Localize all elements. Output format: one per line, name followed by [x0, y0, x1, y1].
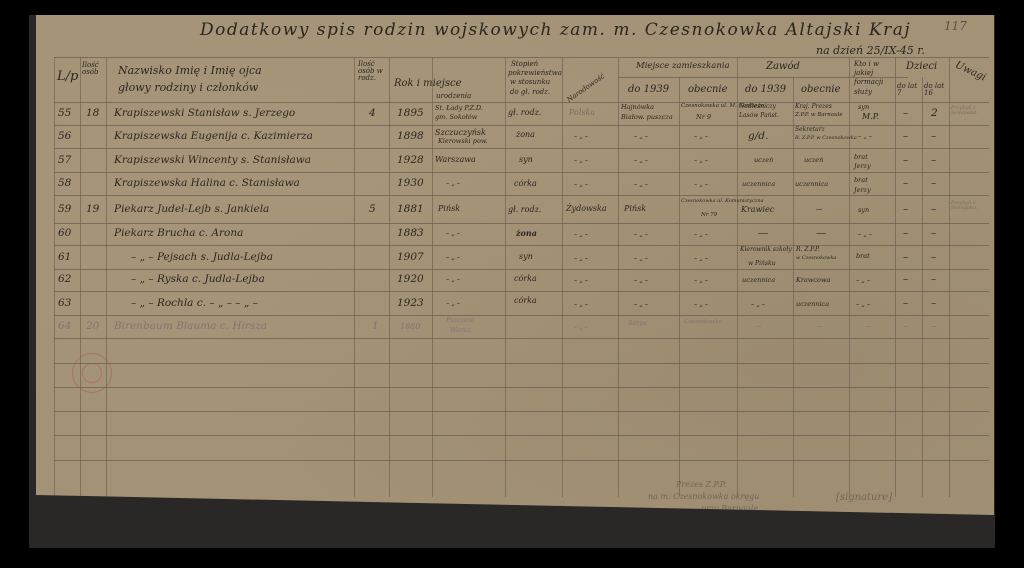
cell-name: Krapiszewski Wincenty s. Stanisława — [114, 155, 311, 166]
cell-stopien: syn — [519, 253, 533, 261]
cell-w-rodz: 5 — [369, 204, 376, 215]
cell-osob: 19 — [86, 204, 99, 215]
header-obecnie-a: obecnie — [688, 85, 728, 95]
header-lp: L/p — [57, 70, 78, 83]
cell-lp: 57 — [58, 155, 71, 166]
cell-zawod-obecnie: Krawcowa — [796, 277, 830, 284]
cell-armia: brat — [854, 177, 868, 184]
cell-zawod-obecnie: Kraj. Prezes — [795, 104, 832, 110]
cell-zawod-obecnie: uczennica — [796, 301, 829, 308]
cell-do-lat-16: – — [931, 321, 936, 332]
cell-stopien: gł. rodz. — [508, 206, 541, 214]
cell-do-lat-7: – — [903, 178, 908, 189]
cell-miejsce-2: Warsz. — [450, 327, 472, 334]
cell-rok: 1898 — [397, 131, 424, 142]
cell-lp: 62 — [58, 274, 71, 285]
cell-obecnie: – „ – — [694, 133, 708, 140]
cell-miejsce: – „ – — [446, 254, 460, 261]
cell-stopien: gł. rodz. — [508, 109, 541, 117]
header-zawod: Zawód — [766, 62, 800, 72]
cell-miejsce: – „ – — [446, 230, 460, 237]
cell-do-lat-16: – — [931, 155, 936, 166]
cell-narodowosc: – „ – — [574, 324, 588, 331]
header-kto-2: jakiej — [854, 70, 873, 77]
cell-rok: 1883 — [397, 228, 424, 239]
cell-zawod-1939: uczeń — [754, 157, 773, 164]
cell-narodowosc: – „ – — [574, 255, 588, 262]
cell-armia: brat — [854, 154, 868, 161]
cell-miejsce: – „ – — [446, 300, 460, 307]
cell-name: Piekarz Judel-Lejb s. Jankiela — [114, 204, 269, 215]
cell-name: Birenbaum Blauma c. Hirsza — [114, 321, 267, 332]
cell-do-lat-16: – — [931, 252, 936, 263]
cell-narodowosc: – „ – — [574, 133, 588, 140]
cell-rok: 1881 — [397, 204, 424, 215]
cell-zawod-obecnie: — — [816, 228, 827, 239]
cell-lp: 59 — [58, 204, 71, 215]
cell-lp: 63 — [58, 298, 71, 309]
cell-zawod-1939-2: Lasów Państ. — [739, 113, 779, 119]
cell-do-lat-7: – — [903, 131, 908, 142]
header-uwagi: Uwagi — [953, 61, 987, 84]
cell-name: – „ – Rochla c. – „ – – „ – — [131, 298, 258, 309]
header-rok: Rok i miejsce — [394, 79, 462, 89]
cell-uwagi: Przybyli z Semipałat. — [951, 106, 987, 116]
cell-obecnie: – „ – — [694, 301, 708, 308]
cell-zawod-1939: – „ – — [751, 301, 765, 308]
signature-line-2: na m. Czesnokowka okręgu — [648, 492, 759, 501]
document-date: na dzień 25/IX-45 r. — [816, 45, 925, 56]
cell-name: – „ – Pejsach s. Judla-Lejba — [131, 252, 273, 263]
cell-lp: 56 — [58, 131, 71, 142]
header-stopien-4: do gł. rodz. — [510, 89, 550, 96]
cell-obecnie: Czesnokowka — [684, 320, 722, 326]
cell-obecnie-2: Nr 9 — [696, 114, 711, 121]
grid-line — [432, 57, 433, 497]
cell-armia-2: Jerzy — [854, 187, 871, 194]
grid-line — [354, 57, 355, 497]
cell-obecnie: – „ – — [694, 277, 708, 284]
cell-zawod-obecnie: uczennica — [795, 181, 828, 188]
cell-name: Krapiszewski Stanisław s. Jerzego — [114, 108, 295, 119]
cell-rok: 1923 — [397, 298, 424, 309]
cell-rok: 1895 — [397, 108, 424, 119]
cell-obecnie: – „ – — [694, 255, 708, 262]
cell-zawod-obecnie: R. Z.P.P. — [796, 247, 820, 253]
cell-narodowosc: – „ – — [574, 181, 588, 188]
cell-do-lat-7: – — [903, 155, 908, 166]
cell-obecnie-2: Nr 79 — [701, 213, 717, 219]
cell-do-lat-16: – — [931, 298, 936, 309]
cell-do-lat-7: – — [903, 298, 908, 309]
cell-armia: syn — [858, 104, 869, 111]
cell-w-rodz: 4 — [369, 108, 376, 119]
cell-zawod-1939: Nadleśniczy — [739, 104, 776, 110]
cell-osob: 18 — [86, 108, 99, 119]
cell-rok: 1880 — [400, 323, 420, 331]
header-do-lat-7: do lat 7 — [897, 83, 921, 97]
cell-stopien: żona — [516, 229, 537, 237]
cell-narodowosc: Żydowska — [566, 205, 607, 213]
header-dzieci: Dzieci — [906, 62, 937, 72]
cell-miejsce: St. Łady P.Z.D. — [435, 105, 483, 112]
cell-lp: 55 — [58, 108, 71, 119]
cell-lp: 61 — [58, 252, 71, 263]
document-page: Dodatkowy spis rodzin wojskowych zam. m.… — [36, 15, 994, 515]
cell-zawod-1939: g/d. — [748, 131, 768, 142]
cell-armia: – „ – — [856, 301, 870, 308]
grid-line — [562, 57, 563, 497]
cell-do1939: Hajnówka — [621, 104, 654, 111]
cell-do-lat-7: – — [903, 228, 908, 239]
cell-do1939: – „ – — [634, 133, 648, 140]
cell-armia-2: Jerzy — [854, 163, 871, 170]
cell-armia: – „ – — [858, 133, 872, 140]
cell-do1939: Serpc — [628, 320, 647, 327]
grid-line — [505, 57, 506, 497]
cell-zawod-1939: uczennica — [742, 181, 775, 188]
cell-do-lat-7: – — [903, 252, 908, 263]
cell-miejsce-2: gm. Sokołów — [435, 114, 477, 121]
cell-do1939: Pińsk — [624, 205, 646, 213]
header-urodzenia: urodzenia — [436, 93, 471, 100]
cell-do-lat-16: 2 — [931, 108, 938, 119]
cell-do-lat-16: – — [931, 228, 936, 239]
round-stamp-icon — [72, 353, 112, 393]
grid-line — [389, 57, 390, 497]
cell-do-lat-7: – — [903, 321, 908, 332]
cell-rok: 1930 — [397, 178, 424, 189]
cell-miejsce: – „ – — [446, 180, 460, 187]
grid-line — [80, 57, 81, 497]
cell-narodowosc: – „ – — [574, 231, 588, 238]
cell-name: Krapiszewska Eugenija c. Kazimierza — [114, 131, 313, 142]
cell-zawod-obecnie: uczeń — [804, 157, 823, 164]
cell-armia: — — [866, 323, 873, 330]
grid-line — [737, 57, 738, 497]
cell-zawod-1939-2: w Pińsku — [748, 261, 775, 267]
page-number: 117 — [944, 20, 967, 32]
header-stopien-3: w stosunku — [510, 79, 550, 86]
grid-line — [949, 57, 950, 497]
cell-uwagi: Przybyli z Semipałat. — [951, 201, 987, 211]
cell-lp: 60 — [58, 228, 71, 239]
cell-lp: 58 — [58, 178, 71, 189]
signature-mark: [signature] — [836, 492, 892, 503]
cell-name: – „ – Ryska c. Judla-Lejba — [131, 274, 265, 285]
cell-zawod-obecnie-2: Z.P.P. w Barnaule — [795, 113, 843, 119]
cell-zawod-obecnie-2: R. Z.P.P. w Czesnokowka — [795, 136, 857, 141]
cell-zawod-1939: — — [756, 323, 763, 330]
header-ilosc-osob: Ilość osób — [82, 62, 104, 76]
header-do-1939-b: do 1939 — [745, 85, 786, 95]
cell-name: Piekarz Brucha c. Arona — [114, 228, 243, 239]
cell-obecnie: – „ – — [694, 231, 708, 238]
cell-stopien: syn — [519, 156, 533, 164]
header-do-lat-16: do lat 16 — [924, 83, 948, 97]
cell-do1939: – „ – — [634, 231, 648, 238]
cell-osob: 20 — [86, 321, 99, 332]
header-kto-4: służy — [854, 89, 872, 96]
cell-miejsce: Pińsk — [438, 205, 460, 213]
cell-do-lat-7: – — [903, 274, 908, 285]
cell-do-lat-16: – — [931, 204, 936, 215]
cell-do-lat-16: – — [931, 178, 936, 189]
header-nazwisko-1: Nazwisko Imię i Imię ojca — [118, 65, 262, 76]
header-stopien-1: Stopień — [511, 61, 538, 68]
cell-w-rodz: 1 — [372, 321, 379, 332]
cell-zawod-1939: uczennica — [742, 277, 775, 284]
cell-armia: brat — [856, 253, 870, 260]
cell-stopien: żona — [516, 131, 535, 139]
cell-stopien: córka — [514, 297, 537, 305]
cell-zawod-1939: — — [758, 228, 769, 239]
cell-do1939-2: Białow. puszcza — [621, 114, 673, 121]
header-obecnie-b: obecnie — [801, 85, 841, 95]
cell-stopien: córka — [514, 275, 537, 283]
grid-line — [849, 57, 850, 497]
grid-line — [793, 77, 794, 497]
cell-do-lat-7: – — [903, 108, 908, 119]
cell-miejsce: – „ – — [446, 276, 460, 283]
grid-line — [54, 57, 55, 497]
header-kto-1: Kto i w — [854, 61, 879, 68]
cell-armia: – „ – — [858, 231, 872, 238]
cell-narodowosc: Polska — [569, 109, 595, 117]
grid-line — [679, 77, 680, 497]
cell-narodowosc: – „ – — [574, 157, 588, 164]
cell-do1939: – „ – — [634, 255, 648, 262]
cell-do-lat-7: – — [903, 204, 908, 215]
cell-armia-2: M.P. — [862, 113, 879, 121]
grid-line — [922, 77, 923, 497]
cell-name: Krapiszewska Halina c. Stanisława — [114, 178, 300, 189]
grid-line — [618, 57, 619, 497]
cell-zawod-1939: Krawiec — [741, 206, 774, 214]
signature-line-1: Prezes Z.P.P. — [676, 480, 726, 489]
cell-zawod-obecnie: Sekretarz — [795, 127, 825, 133]
cell-narodowosc: – „ – — [574, 301, 588, 308]
cell-rok: 1920 — [397, 274, 424, 285]
cell-do-lat-16: – — [931, 274, 936, 285]
cell-narodowosc: – „ – — [574, 277, 588, 284]
grid-line — [106, 57, 107, 497]
document-title: Dodatkowy spis rodzin wojskowych zam. m.… — [200, 22, 911, 39]
cell-do1939: – „ – — [634, 277, 648, 284]
header-do-1939-a: do 1939 — [628, 85, 669, 95]
cell-miejsce: Szczuczyńsk — [435, 129, 486, 137]
cell-do1939: – „ – — [634, 181, 648, 188]
header-narodowosc: Narodowość — [566, 73, 606, 104]
cell-armia: syn — [858, 207, 869, 214]
cell-zawod-obecnie: — — [816, 323, 823, 330]
cell-zawod-obecnie-2: w Czesnokowka — [796, 256, 836, 261]
header-miejsce-zamieszkania: Miejsce zamieszkania — [636, 62, 730, 71]
cell-rok: 1907 — [397, 252, 424, 263]
cell-obecnie: Czesnokowka ul. Komunistyczna — [681, 199, 764, 204]
header-kto-3: formacji — [854, 79, 883, 86]
header-osob-w-rodz: Ilość osób w rodz. — [358, 61, 388, 82]
cell-obecnie: – „ – — [694, 181, 708, 188]
cell-stopien: córka — [514, 180, 537, 188]
cell-armia: – „ – — [856, 277, 870, 284]
cell-miejsce: Pszczew — [446, 317, 473, 324]
cell-do1939: – „ – — [634, 157, 648, 164]
header-stopien-2: pokrewieństwa — [508, 70, 562, 77]
cell-zawod-obecnie: — — [816, 206, 823, 213]
cell-do1939: – „ – — [634, 301, 648, 308]
cell-obecnie: – „ – — [694, 157, 708, 164]
cell-miejsce: Warszawa — [435, 156, 476, 164]
header-nazwisko-2: głowy rodziny i członków — [118, 82, 258, 93]
cell-rok: 1928 — [397, 155, 424, 166]
cell-lp: 64 — [58, 321, 71, 332]
grid-line — [895, 57, 896, 497]
cell-zawod-1939: Kierownik szkoły — [740, 247, 792, 253]
cell-do-lat-16: – — [931, 131, 936, 142]
cell-miejsce-2: Kierowski pow. — [438, 138, 488, 145]
